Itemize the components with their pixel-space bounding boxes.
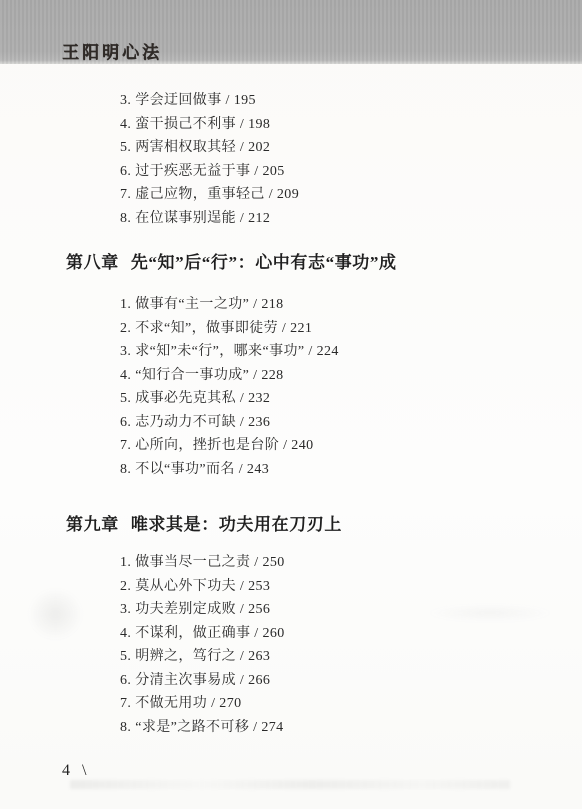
page-header-band: 王阳明心法 — [0, 0, 582, 64]
toc-item: 7. 虚己应物，重事轻己 / 209 — [120, 183, 582, 207]
toc-item: 4. 不谋利，做正确事 / 260 — [120, 622, 582, 646]
toc-section-chapter7-items: 3. 学会迂回做事 / 195 4. 蛮干损己不利事 / 198 5. 两害相权… — [0, 89, 582, 230]
chapter-9-heading: 第九章唯求其是：功夫用在刀刃上 — [66, 513, 582, 537]
toc-item: 7. 心所向，挫折也是台阶 / 240 — [120, 434, 582, 458]
chapter-9-title: 唯求其是：功夫用在刀刃上 — [131, 515, 342, 534]
toc-section-chapter9-items: 1. 做事当尽一己之责 / 250 2. 莫从心外下功夫 / 253 3. 功夫… — [0, 551, 582, 739]
table-of-contents: 3. 学会迂回做事 / 195 4. 蛮干损己不利事 / 198 5. 两害相权… — [0, 64, 582, 739]
toc-item: 5. 成事必先克其私 / 232 — [120, 387, 582, 411]
book-title: 王阳明心法 — [62, 38, 162, 63]
toc-item: 3. 功夫差别定成败 / 256 — [120, 598, 582, 622]
toc-section-chapter8-items: 1. 做事有“主一之功” / 218 2. 不求“知”，做事即徒劳 / 221 … — [0, 293, 582, 481]
toc-item: 8. 不以“事功”而名 / 243 — [120, 458, 582, 482]
toc-item: 6. 过于疾恶无益于事 / 205 — [120, 160, 582, 184]
chapter-8-label: 第八章 — [66, 253, 119, 272]
toc-item: 6. 志乃动力不可缺 / 236 — [120, 411, 582, 435]
toc-item: 6. 分清主次事易成 / 266 — [120, 669, 582, 693]
toc-item: 1. 做事有“主一之功” / 218 — [120, 293, 582, 317]
chapter-9-label: 第九章 — [66, 515, 119, 534]
chapter-8-heading: 第八章先“知”后“行”：心中有志“事功”成 — [66, 251, 582, 275]
toc-item: 1. 做事当尽一己之责 / 250 — [120, 551, 582, 575]
toc-item: 3. 求“知”未“行”，哪来“事功” / 224 — [120, 340, 582, 364]
toc-item: 5. 明辨之，笃行之 / 263 — [120, 645, 582, 669]
toc-item: 2. 莫从心外下功夫 / 253 — [120, 575, 582, 599]
toc-item: 7. 不做无用功 / 270 — [120, 692, 582, 716]
toc-item: 8. 在位谋事别逞能 / 212 — [120, 207, 582, 231]
scanned-book-page: 王阳明心法 3. 学会迂回做事 / 195 4. 蛮干损己不利事 / 198 5… — [0, 0, 582, 809]
toc-item: 4. 蛮干损己不利事 / 198 — [120, 113, 582, 137]
toc-item: 4. “知行合一事功成” / 228 — [120, 364, 582, 388]
chapter-8-title: 先“知”后“行”：心中有志“事功”成 — [131, 253, 397, 272]
toc-item: 5. 两害相权取其轻 / 202 — [120, 136, 582, 160]
toc-item: 8. “求是”之路不可移 / 274 — [120, 716, 582, 740]
page-number: 4 \ — [62, 762, 90, 780]
toc-item: 2. 不求“知”，做事即徒劳 / 221 — [120, 317, 582, 341]
scan-artifact — [70, 780, 510, 789]
toc-item: 3. 学会迂回做事 / 195 — [120, 89, 582, 113]
